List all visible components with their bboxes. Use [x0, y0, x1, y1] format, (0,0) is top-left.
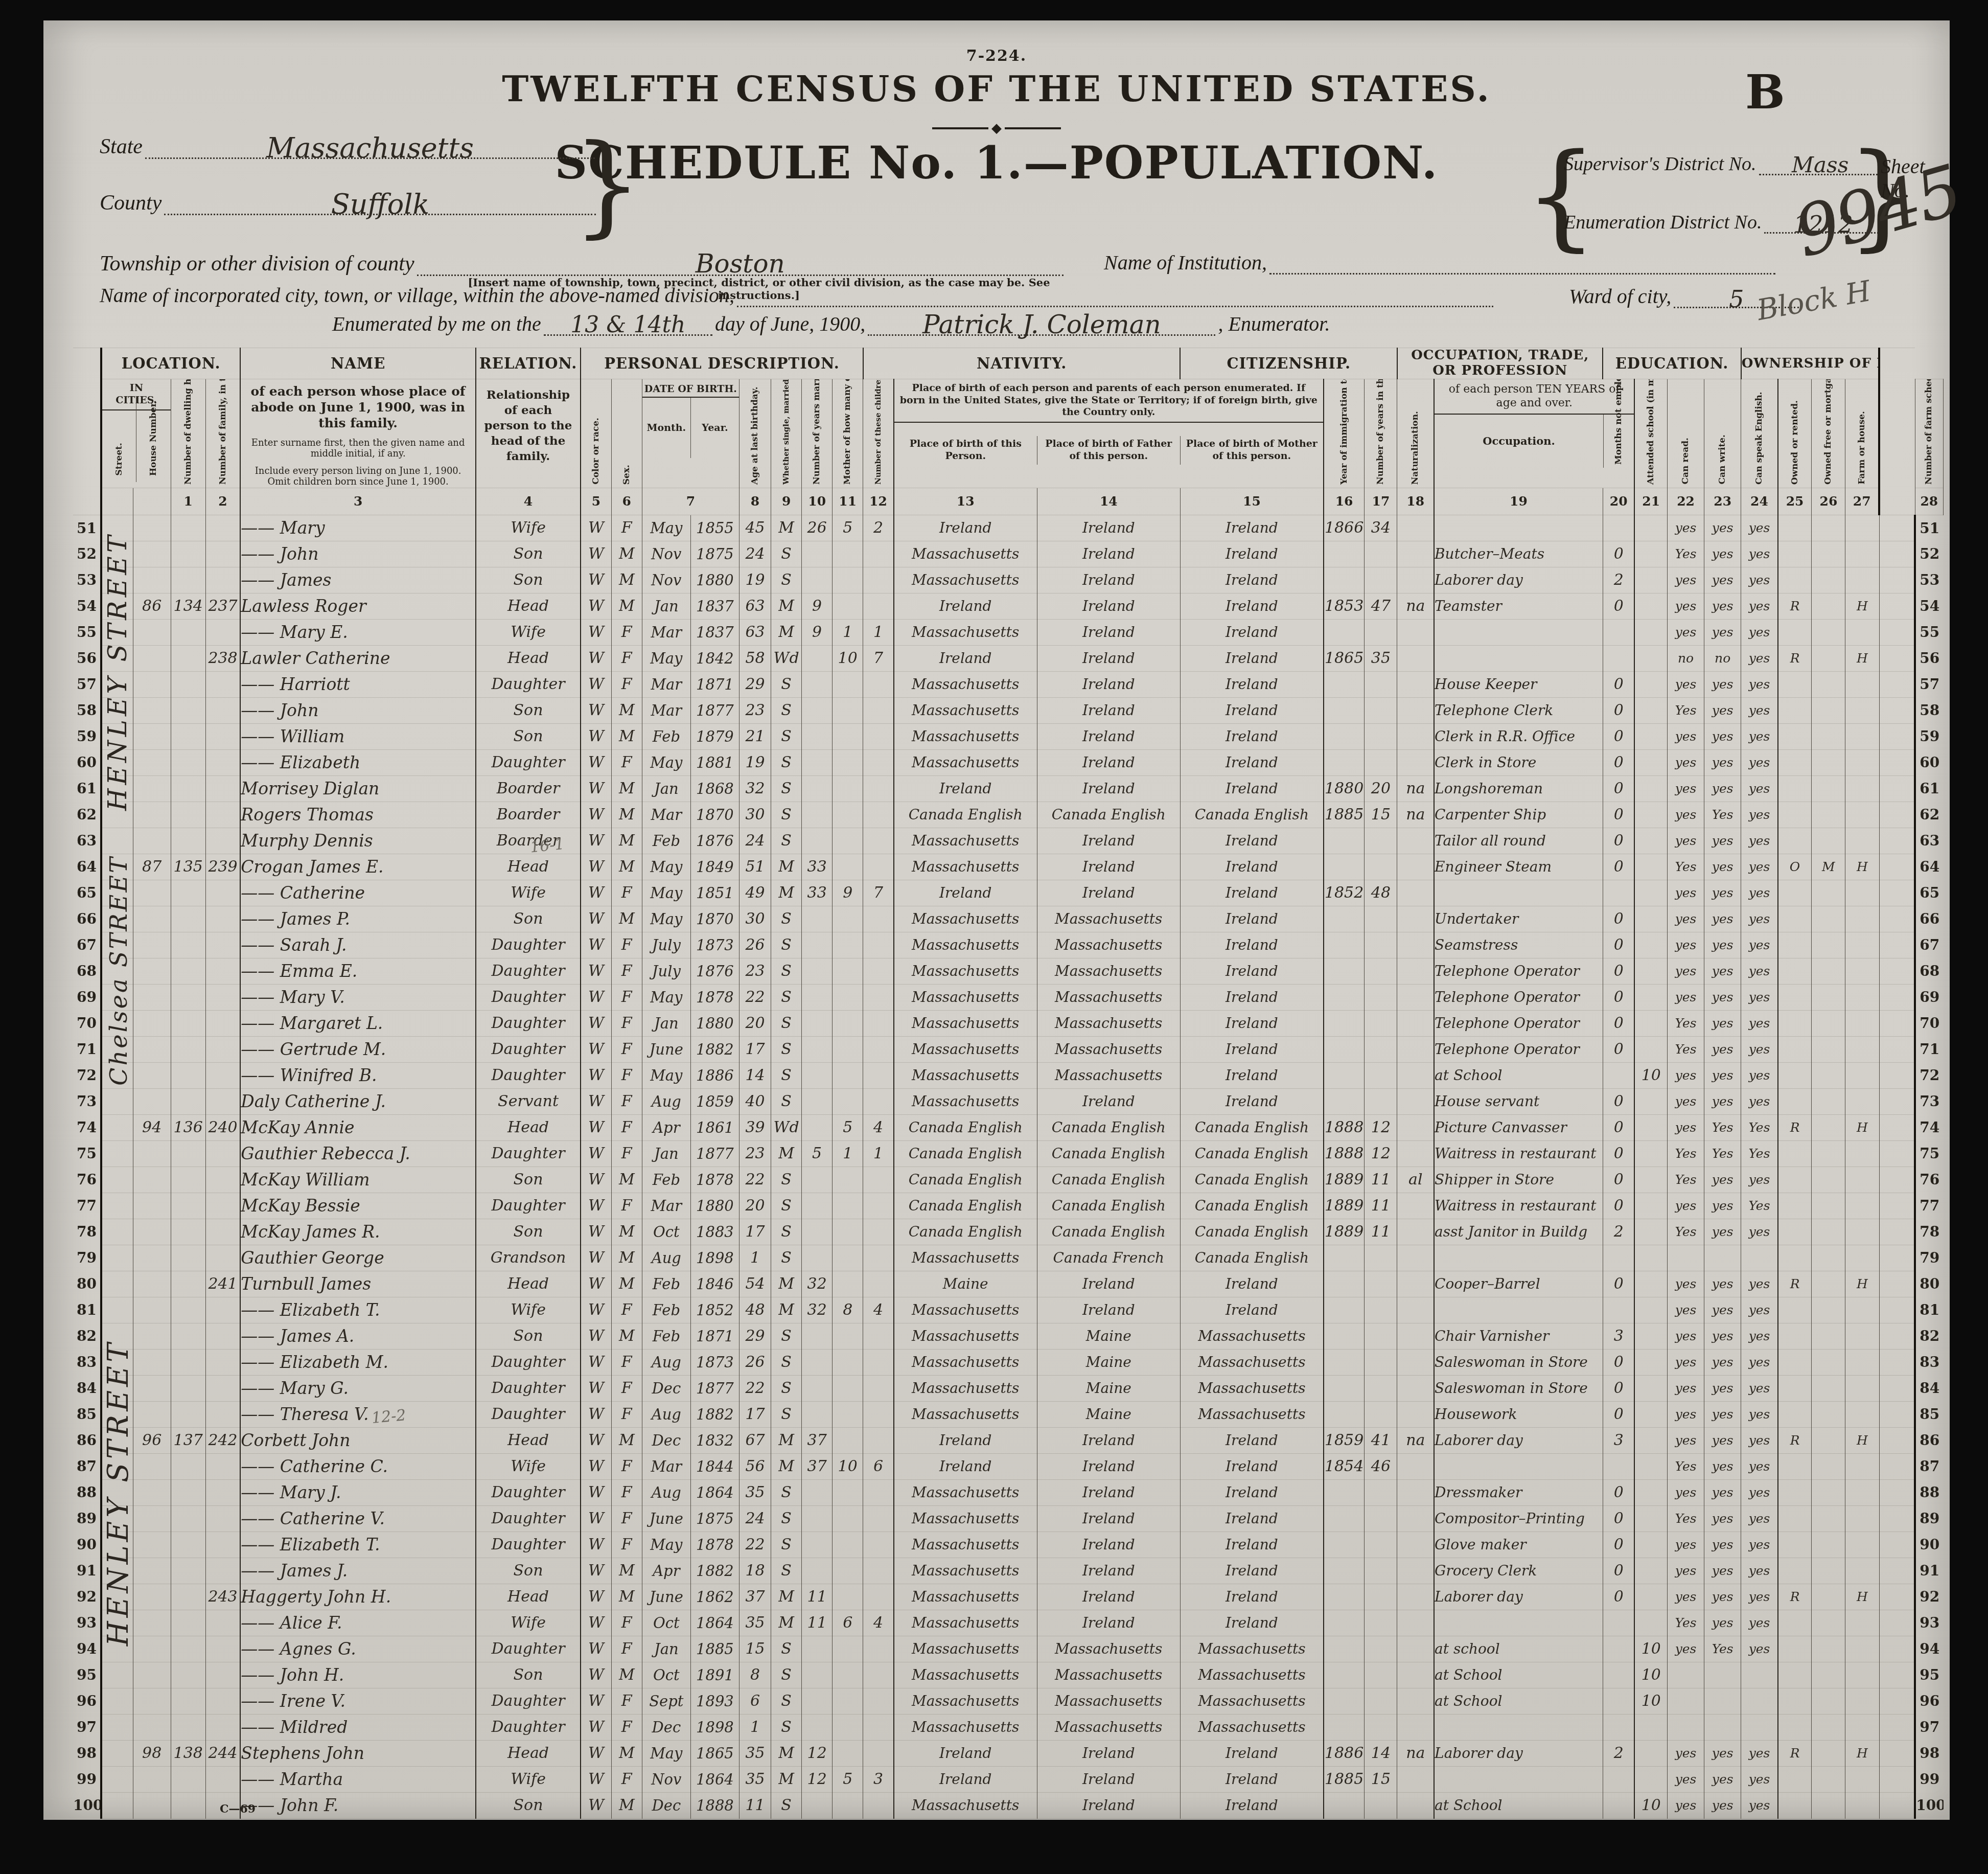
cell-naturalization — [1397, 1114, 1434, 1140]
cell-can-read: yes — [1668, 1088, 1704, 1114]
cell-farm-schedule — [1879, 775, 1915, 802]
cell-children-living: 1 — [863, 619, 894, 645]
ward-label: Ward of city, — [1569, 285, 1671, 308]
cell-birthplace: Canada English — [894, 1140, 1037, 1167]
cell-sex: M — [611, 723, 642, 749]
cell-house — [133, 958, 171, 984]
cell-immigration-year: 1852 — [1324, 880, 1365, 906]
cell-years-in-us: 35 — [1365, 645, 1397, 671]
cell-farm-schedule — [1879, 1610, 1915, 1636]
cell-months-not-employed — [1603, 1714, 1634, 1740]
cell-father-birthplace: Ireland — [1037, 593, 1180, 619]
line-number-left: 82 — [73, 1323, 101, 1349]
cell-mother-birthplace: Ireland — [1180, 1558, 1323, 1584]
cell-color: W — [581, 1114, 611, 1140]
cell-birth-month: Apr — [642, 1114, 690, 1140]
cell-family — [205, 1714, 240, 1740]
cell-children-living — [863, 775, 894, 802]
cell-father-birthplace: Canada English — [1037, 1140, 1180, 1167]
cell-birth-year: 1880 — [690, 567, 739, 593]
cell-occupation — [1434, 1714, 1603, 1740]
cell-birth-year: 1886 — [690, 1062, 739, 1088]
cell-owned-rented — [1778, 1349, 1812, 1375]
cell-children-living — [863, 1036, 894, 1062]
cell-birth-year: 1865 — [690, 1740, 739, 1766]
cell-owned-rented — [1778, 1532, 1812, 1558]
cell-marital-status: Wd — [771, 645, 802, 671]
line-number-left: 84 — [73, 1375, 101, 1401]
cell-children-living: 6 — [863, 1453, 894, 1479]
cell-relation: Son — [476, 1792, 581, 1818]
cell-mother-of-children — [833, 984, 863, 1010]
cell-years-married — [802, 1167, 833, 1193]
cell-name: —— Irene V. — [240, 1688, 476, 1714]
cell-color: W — [581, 1610, 611, 1636]
cell-naturalization: na — [1397, 1740, 1434, 1766]
col-num: 27 — [1845, 488, 1879, 515]
cell-marital-status: S — [771, 1532, 802, 1558]
col-num: 19 — [1434, 488, 1603, 515]
cell-birth-year: 1876 — [690, 958, 739, 984]
cell-owned-rented: R — [1778, 1271, 1812, 1297]
cell-children-living: 4 — [863, 1297, 894, 1323]
cell-months-not-employed: 0 — [1603, 1505, 1634, 1532]
cell-relation: Son — [476, 567, 581, 593]
table-header: LOCATION. NAME RELATION. PERSONAL DESCRI… — [73, 348, 1944, 515]
cell-immigration-year — [1324, 1636, 1365, 1662]
cell-school-months — [1634, 1245, 1667, 1271]
cell-dwelling — [171, 932, 205, 958]
cell-name: —— John — [240, 697, 476, 723]
cell-marital-status: S — [771, 1479, 802, 1505]
cell-color: W — [581, 1401, 611, 1427]
cell-age: 26 — [739, 932, 771, 958]
cell-can-write: yes — [1704, 1558, 1741, 1584]
cell-birth-year: 1875 — [690, 1505, 739, 1532]
cell-name: McKay Annie — [240, 1114, 476, 1140]
cell-sex: F — [611, 958, 642, 984]
table-row: 62Rogers ThomasBoarderWMMar187030SCanada… — [73, 802, 1944, 828]
cell-farm-or-house — [1845, 1610, 1879, 1636]
cell-birth-year: 1837 — [690, 593, 739, 619]
cell-marital-status: M — [771, 1297, 802, 1323]
cell-dwelling — [171, 1010, 205, 1036]
cell-school-months — [1634, 515, 1667, 541]
cell-children-living — [863, 1010, 894, 1036]
cell-color: W — [581, 1636, 611, 1662]
line-number-right: 92 — [1915, 1584, 1943, 1610]
cell-farm-schedule — [1879, 1427, 1915, 1453]
cell-occupation — [1434, 1766, 1603, 1792]
cell-color: W — [581, 802, 611, 828]
cell-can-read: yes — [1668, 1479, 1704, 1505]
column-number-row: 1 2 3 4 5 6 7 8 9 10 11 12 13 14 15 16 1 — [73, 488, 1944, 515]
cell-marital-status: M — [771, 1740, 802, 1766]
col-num: 5 — [581, 488, 611, 515]
cell-birth-month: May — [642, 515, 690, 541]
cell-farm-schedule — [1879, 932, 1915, 958]
cell-can-speak-english: yes — [1741, 1427, 1778, 1453]
cell-children-living — [863, 1740, 894, 1766]
cell-farm-schedule — [1879, 1271, 1915, 1297]
cell-occupation: Butcher–Meats — [1434, 541, 1603, 567]
cell-can-speak-english: yes — [1741, 1297, 1778, 1323]
cell-owned-rented — [1778, 1714, 1812, 1740]
cell-birthplace: Massachusetts — [894, 854, 1037, 880]
cell-can-speak-english: yes — [1741, 619, 1778, 645]
cell-months-not-employed: 2 — [1603, 567, 1634, 593]
cell-mother-of-children — [833, 1219, 863, 1245]
cell-months-not-employed: 0 — [1603, 1479, 1634, 1505]
cell-name: —— Harriott — [240, 671, 476, 697]
cell-years-married: 32 — [802, 1297, 833, 1323]
cell-farm-or-house — [1845, 1636, 1879, 1662]
cell-birth-month: Mar — [642, 802, 690, 828]
cell-sex: F — [611, 880, 642, 906]
cell-father-birthplace: Ireland — [1037, 1610, 1180, 1636]
cell-immigration-year: 1889 — [1324, 1193, 1365, 1219]
cell-school-months — [1634, 828, 1667, 854]
cell-father-birthplace: Ireland — [1037, 619, 1180, 645]
cell-immigration-year — [1324, 1349, 1365, 1375]
col-num: 14 — [1037, 488, 1180, 515]
cell-family — [205, 1688, 240, 1714]
cell-years-in-us — [1365, 723, 1397, 749]
cell-birth-year: 1893 — [690, 1688, 739, 1714]
cell-can-speak-english: yes — [1741, 1062, 1778, 1088]
cell-mother-of-children: 5 — [833, 515, 863, 541]
cell-months-not-employed: 0 — [1603, 906, 1634, 932]
cell-birth-year: 1879 — [690, 723, 739, 749]
cell-can-speak-english: yes — [1741, 932, 1778, 958]
cell-birth-month: Feb — [642, 1167, 690, 1193]
cell-name: —— Margaret L. — [240, 1010, 476, 1036]
cell-family — [205, 1558, 240, 1584]
cell-can-speak-english — [1741, 1688, 1778, 1714]
cell-relation: Grandson — [476, 1245, 581, 1271]
cell-age: 58 — [739, 645, 771, 671]
cell-naturalization — [1397, 1505, 1434, 1532]
cell-age: 19 — [739, 749, 771, 775]
cell-color: W — [581, 932, 611, 958]
cell-mother-of-children: 8 — [833, 1297, 863, 1323]
county-label: County — [100, 191, 161, 215]
col-num: 24 — [1741, 488, 1778, 515]
cell-house — [133, 984, 171, 1010]
cell-can-speak-english: yes — [1741, 697, 1778, 723]
line-number-left: 74 — [73, 1114, 101, 1140]
cell-color: W — [581, 723, 611, 749]
cell-naturalization — [1397, 671, 1434, 697]
cell-street — [101, 1219, 133, 1245]
cell-birth-month: Mar — [642, 1453, 690, 1479]
cell-naturalization — [1397, 958, 1434, 984]
cell-father-birthplace: Ireland — [1037, 1740, 1180, 1766]
line-number-right: 62 — [1915, 802, 1943, 828]
cell-farm-schedule — [1879, 1036, 1915, 1062]
state-label: State — [100, 135, 143, 158]
cell-marital-status: S — [771, 1662, 802, 1688]
cell-marital-status: M — [771, 1453, 802, 1479]
cell-school-months — [1634, 1114, 1667, 1140]
line-number-header-left — [73, 348, 101, 515]
cell-years-married: 12 — [802, 1766, 833, 1792]
cell-dwelling — [171, 671, 205, 697]
cell-dwelling — [171, 1714, 205, 1740]
table-row: 51—— MaryWifeWFMay185545M2652IrelandIrel… — [73, 515, 1944, 541]
cell-color: W — [581, 749, 611, 775]
cell-name: —— Sarah J. — [240, 932, 476, 958]
cell-name: —— Agnes G. — [240, 1636, 476, 1662]
cell-marital-status: M — [771, 593, 802, 619]
cell-farm-schedule — [1879, 1688, 1915, 1714]
cell-family — [205, 1297, 240, 1323]
cell-birthplace: Canada English — [894, 1167, 1037, 1193]
county-field: County Suffolk — [100, 188, 596, 215]
cell-months-not-employed — [1603, 1245, 1634, 1271]
cell-years-in-us — [1365, 1010, 1397, 1036]
cell-immigration-year: 1853 — [1324, 593, 1365, 619]
cell-can-write: yes — [1704, 1532, 1741, 1558]
cell-birthplace: Ireland — [894, 645, 1037, 671]
cell-can-speak-english: yes — [1741, 1088, 1778, 1114]
cell-children-living: 4 — [863, 1610, 894, 1636]
cell-owned-free-mortgaged — [1812, 1167, 1845, 1193]
cell-farm-or-house: H — [1845, 1427, 1879, 1453]
can-write-column-label: Can write. — [1704, 379, 1741, 488]
cell-mother-of-children — [833, 1271, 863, 1297]
cell-farm-schedule — [1879, 984, 1915, 1010]
cell-birth-year: 1882 — [690, 1036, 739, 1062]
cell-mother-of-children: 5 — [833, 1766, 863, 1792]
cell-can-write: yes — [1704, 749, 1741, 775]
cell-house — [133, 1010, 171, 1036]
cell-birth-year: 1864 — [690, 1610, 739, 1636]
cell-immigration-year — [1324, 1792, 1365, 1818]
cell-family: 243 — [205, 1584, 240, 1610]
cell-immigration-year — [1324, 1662, 1365, 1688]
cell-occupation: Saleswoman in Store — [1434, 1349, 1603, 1375]
cell-owned-free-mortgaged — [1812, 1479, 1845, 1505]
table-row: 8696137242Corbett JohnHeadWMDec183267M37… — [73, 1427, 1944, 1453]
cell-birth-month: Jan — [642, 1010, 690, 1036]
cell-mother-birthplace: Canada English — [1180, 1114, 1323, 1140]
cell-mother-of-children: 1 — [833, 1140, 863, 1167]
cell-marital-status: S — [771, 1505, 802, 1532]
cell-father-birthplace: Ireland — [1037, 515, 1180, 541]
line-number-right: 71 — [1915, 1036, 1943, 1062]
cell-name: —— Mary — [240, 515, 476, 541]
col-num: 4 — [476, 488, 581, 515]
cell-can-write: yes — [1704, 671, 1741, 697]
line-number-left: 72 — [73, 1062, 101, 1088]
cell-can-write: yes — [1704, 1427, 1741, 1453]
cell-years-married: 37 — [802, 1453, 833, 1479]
cell-owned-rented: R — [1778, 593, 1812, 619]
cell-can-speak-english: Yes — [1741, 1114, 1778, 1140]
cell-naturalization: na — [1397, 802, 1434, 828]
cell-can-write: Yes — [1704, 802, 1741, 828]
cell-naturalization — [1397, 515, 1434, 541]
line-number-left: 51 — [73, 515, 101, 541]
cell-house — [133, 1167, 171, 1193]
cell-owned-rented — [1778, 802, 1812, 828]
cell-can-speak-english: yes — [1741, 906, 1778, 932]
cell-marital-status: S — [771, 1010, 802, 1036]
table-row: 72—— Winifred B.DaughterWFMay188614SMass… — [73, 1062, 1944, 1088]
line-number-right: 86 — [1915, 1427, 1943, 1453]
table-row: 95—— John H.SonWMOct18918SMassachusettsM… — [73, 1662, 1944, 1688]
cell-occupation: Engineer Steam — [1434, 854, 1603, 880]
cell-birthplace: Ireland — [894, 775, 1037, 802]
cell-can-speak-english: yes — [1741, 671, 1778, 697]
cell-naturalization — [1397, 1375, 1434, 1401]
cell-children-living — [863, 906, 894, 932]
cell-can-write: yes — [1704, 1740, 1741, 1766]
cell-birth-year: 1885 — [690, 1636, 739, 1662]
cell-immigration-year — [1324, 932, 1365, 958]
cell-house — [133, 567, 171, 593]
cell-occupation: Clerk in R.R. Office — [1434, 723, 1603, 749]
cell-relation: Daughter — [476, 749, 581, 775]
cell-father-birthplace: Canada English — [1037, 1167, 1180, 1193]
cell-months-not-employed: 0 — [1603, 1167, 1634, 1193]
cell-relation: Daughter — [476, 1010, 581, 1036]
cell-can-read: yes — [1668, 593, 1704, 619]
cell-name: —— Elizabeth T. — [240, 1532, 476, 1558]
cell-color: W — [581, 984, 611, 1010]
cell-house — [133, 1219, 171, 1245]
scanned-page: 7-224. TWELFTH CENSUS OF THE UNITED STAT… — [0, 0, 1988, 1874]
cell-school-months: 10 — [1634, 1062, 1667, 1088]
cell-marital-status: S — [771, 567, 802, 593]
cell-years-married: 33 — [802, 880, 833, 906]
cell-name: —— Winifred B. — [240, 1062, 476, 1088]
cell-immigration-year — [1324, 541, 1365, 567]
cell-can-write — [1704, 1245, 1741, 1271]
cell-farm-or-house — [1845, 1401, 1879, 1427]
cell-immigration-year — [1324, 984, 1365, 1010]
cell-can-speak-english: yes — [1741, 1636, 1778, 1662]
line-number-right: 64 — [1915, 854, 1943, 880]
dob-block: DATE OF BIRTH. Month. Year. — [642, 379, 739, 488]
cell-age: 21 — [739, 723, 771, 749]
cell-farm-or-house — [1845, 1453, 1879, 1479]
cell-years-in-us — [1365, 854, 1397, 880]
cell-family: 241 — [205, 1271, 240, 1297]
cell-owned-free-mortgaged — [1812, 1636, 1845, 1662]
cell-can-write: yes — [1704, 1505, 1741, 1532]
cell-mother-of-children — [833, 775, 863, 802]
cell-sex: F — [611, 1088, 642, 1114]
cell-farm-schedule — [1879, 880, 1915, 906]
cell-farm-schedule — [1879, 671, 1915, 697]
cell-can-write: yes — [1704, 567, 1741, 593]
table-row: 67—— Sarah J.DaughterWFJuly187326SMassac… — [73, 932, 1944, 958]
cell-age: 23 — [739, 958, 771, 984]
cell-owned-free-mortgaged — [1812, 1245, 1845, 1271]
cell-relation: Son — [476, 1167, 581, 1193]
line-number-right: 82 — [1915, 1323, 1943, 1349]
cell-occupation — [1434, 1453, 1603, 1479]
cell-relation: Head — [476, 854, 581, 880]
cell-house — [133, 1245, 171, 1271]
cell-street — [101, 1167, 133, 1193]
cell-color: W — [581, 697, 611, 723]
cell-farm-or-house — [1845, 515, 1879, 541]
cell-owned-rented: R — [1778, 1427, 1812, 1453]
cell-children-living — [863, 1088, 894, 1114]
cell-farm-schedule — [1879, 854, 1915, 880]
cell-father-birthplace: Massachusetts — [1037, 1688, 1180, 1714]
nativity-block: Place of birth of each person and parent… — [894, 379, 1324, 488]
cell-relation: Head — [476, 1271, 581, 1297]
cell-occupation: Laborer day — [1434, 1427, 1603, 1453]
cell-color: W — [581, 1323, 611, 1349]
cell-family — [205, 1036, 240, 1062]
cell-owned-free-mortgaged — [1812, 1193, 1845, 1219]
cell-immigration-year — [1324, 1375, 1365, 1401]
census-table-body: 51—— MaryWifeWFMay185545M2652IrelandIrel… — [73, 515, 1944, 1818]
cell-marital-status: S — [771, 1193, 802, 1219]
table-row: 75Gauthier Rebecca J.DaughterWFJan187723… — [73, 1140, 1944, 1167]
cell-color: W — [581, 1688, 611, 1714]
cell-birthplace: Massachusetts — [894, 1245, 1037, 1271]
cell-mother-birthplace: Ireland — [1180, 567, 1323, 593]
cell-age: 32 — [739, 775, 771, 802]
cell-mother-birthplace: Ireland — [1180, 723, 1323, 749]
cell-house — [133, 1401, 171, 1427]
line-number-right: 59 — [1915, 723, 1943, 749]
cell-dwelling — [171, 1193, 205, 1219]
cell-mother-of-children — [833, 671, 863, 697]
cell-years-married — [802, 541, 833, 567]
cell-school-months: 10 — [1634, 1636, 1667, 1662]
cell-street — [101, 1140, 133, 1167]
cell-birthplace: Massachusetts — [894, 567, 1037, 593]
cell-can-read — [1668, 1662, 1704, 1688]
cell-marital-status: M — [771, 1427, 802, 1453]
cell-house — [133, 1584, 171, 1610]
cell-months-not-employed — [1603, 1062, 1634, 1088]
col-num: 6 — [611, 488, 642, 515]
cell-birth-year: 1861 — [690, 1114, 739, 1140]
cell-mother-birthplace: Ireland — [1180, 906, 1323, 932]
line-number-right: 55 — [1915, 619, 1943, 645]
cell-farm-or-house — [1845, 723, 1879, 749]
line-number-left: 80 — [73, 1271, 101, 1297]
cell-occupation: asst Janitor in Buildg — [1434, 1219, 1603, 1245]
col-num: 13 — [894, 488, 1037, 515]
cell-marital-status: M — [771, 854, 802, 880]
cell-children-living — [863, 1271, 894, 1297]
cell-immigration-year — [1324, 749, 1365, 775]
col-num: 7 — [642, 488, 739, 515]
cell-school-months — [1634, 645, 1667, 671]
cell-color: W — [581, 1766, 611, 1792]
cell-can-read: yes — [1668, 749, 1704, 775]
supervisor-value: Mass — [1792, 152, 1848, 177]
cell-age: 24 — [739, 541, 771, 567]
cell-relation: Daughter — [476, 1505, 581, 1532]
cell-sex: F — [611, 1688, 642, 1714]
cell-years-married: 9 — [802, 593, 833, 619]
cell-owned-rented — [1778, 1792, 1812, 1818]
cell-mother-of-children — [833, 1323, 863, 1349]
cell-name: —— James J. — [240, 1558, 476, 1584]
col-num: 28 — [1915, 488, 1943, 515]
cell-owned-rented — [1778, 1219, 1812, 1245]
